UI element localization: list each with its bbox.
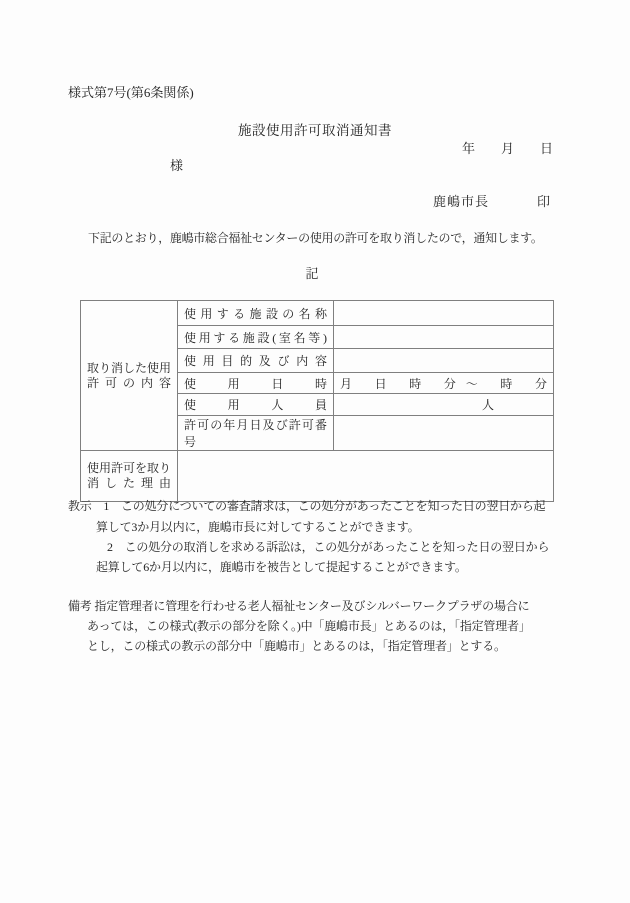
permit-date-number-value-cell	[334, 416, 554, 451]
reason-header-line1: 使用許可を取り	[87, 461, 171, 476]
purpose-label: 使用目的及び内容	[184, 352, 327, 369]
biko-line-2: あっては，この様式(教示の部分を除く。)中「鹿嶋市長」とあるのは，「指定管理者」	[87, 617, 531, 634]
document-page: 様式第7号(第6条関係) 施設使用許可取消通知書 年 月 日 様 鹿嶋市長 印 …	[0, 0, 630, 903]
use-datetime-label-cell: 使用日時	[178, 373, 334, 394]
body-paragraph: 下記のとおり，鹿嶋市総合福祉センターの使用の許可を取り消したので，通知します。	[88, 229, 543, 246]
kyoji-line-2: 算して3か月以内に，鹿嶋市長に対してすることができます。	[96, 518, 419, 535]
kyoji-line-4: 起算して6か月以内に，鹿嶋市を被告として提起することができます。	[96, 558, 467, 575]
table-row: 取り消した使用 許可の内容 使用する施設の名称	[81, 301, 554, 326]
table-row: 使用許可を取り 消した理由	[81, 451, 554, 502]
room-name-label: 使用する施設(室名等)	[184, 329, 327, 346]
recipient-honorific: 様	[170, 155, 183, 174]
use-datetime-value: 月 日 時 分～ 時 分	[340, 375, 547, 392]
group-header-line1: 取り消した使用	[87, 361, 171, 376]
attendance-label-cell: 使用人員	[178, 394, 334, 416]
room-name-label-cell: 使用する施設(室名等)	[178, 326, 334, 349]
attendance-unit: 人	[340, 396, 547, 413]
seal-mark: 印	[537, 191, 550, 210]
issuer-row: 鹿嶋市長 印	[0, 191, 630, 207]
reason-value-cell	[178, 451, 554, 502]
form-number: 様式第7号(第6条関係)	[68, 82, 194, 101]
cancelled-permit-table: 取り消した使用 許可の内容 使用する施設の名称 使用する施設(室名等) 使用目的…	[80, 300, 554, 502]
biko-line-3: とし，この様式の教示の部分中「鹿嶋市」とあるのは，「指定管理者」とする。	[87, 637, 506, 654]
kyoji-line-3: 2 この処分の取消しを求める訴訟は，この処分があったことを知った日の翌日から	[107, 538, 549, 555]
facility-name-label-cell: 使用する施設の名称	[178, 301, 334, 326]
issuer-name: 鹿嶋市長	[433, 191, 489, 210]
permit-date-number-label: 許可の年月日及び許可番号	[184, 416, 327, 450]
permit-date-number-label-cell: 許可の年月日及び許可番号	[178, 416, 334, 451]
biko-line-1: 備考 指定管理者に管理を行わせる老人福祉センター及びシルバーワークプラザの場合に	[68, 597, 529, 614]
attendance-label: 使用人員	[184, 396, 327, 413]
purpose-value-cell	[334, 349, 554, 373]
room-name-value-cell	[334, 326, 554, 349]
kyoji-line-1: 教示 1 この処分についての審査請求は，この処分があったことを知った日の翌日から…	[68, 497, 545, 514]
group-header-cell: 取り消した使用 許可の内容	[81, 301, 178, 451]
document-title: 施設使用許可取消通知書	[0, 119, 630, 139]
facility-name-label: 使用する施設の名称	[184, 305, 327, 322]
facility-name-value-cell	[334, 301, 554, 326]
date-line: 年 月 日	[462, 138, 553, 157]
attendance-value-cell: 人	[334, 394, 554, 416]
use-datetime-label: 使用日時	[184, 375, 327, 392]
group-header-line2: 許可の内容	[87, 376, 171, 391]
record-mark: 記	[0, 263, 624, 282]
reason-header-line2: 消した理由	[87, 476, 171, 491]
reason-header-cell: 使用許可を取り 消した理由	[81, 451, 178, 502]
use-datetime-value-cell: 月 日 時 分～ 時 分	[334, 373, 554, 394]
purpose-label-cell: 使用目的及び内容	[178, 349, 334, 373]
